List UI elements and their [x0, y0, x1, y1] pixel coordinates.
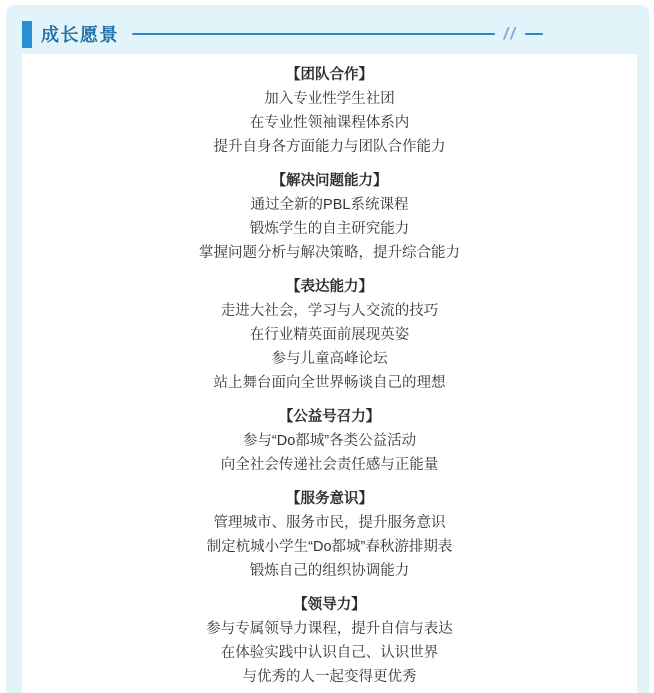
section-line: 掌握问题分析与解决策略，提升综合能力 — [22, 241, 637, 265]
section-line: 制定杭城小学生“Do都城”春秋游排期表 — [22, 535, 637, 559]
section-line: 在行业精英面前展现英姿 — [22, 323, 637, 347]
vision-section-expression: 【表达能力】 走进大社会，学习与人交流的技巧 在行业精英面前展现英姿 参与儿童高… — [22, 275, 637, 395]
section-line: 管理城市、服务市民，提升服务意识 — [22, 511, 637, 535]
section-line: 锻炼自己的组织协调能力 — [22, 559, 637, 583]
section-line: 提升自身各方面能力与团队合作能力 — [22, 135, 637, 159]
content-card: 【团队合作】 加入专业性学生社团 在专业性领袖课程体系内 提升自身各方面能力与团… — [22, 54, 637, 693]
section-line: 通过全新的PBL系统课程 — [22, 193, 637, 217]
section-line: 参与儿童高峰论坛 — [22, 347, 637, 371]
section-line: 走进大社会，学习与人交流的技巧 — [22, 299, 637, 323]
header-divider-line-short — [525, 33, 543, 35]
double-slash-icon: // — [504, 25, 517, 42]
section-heading: 【表达能力】 — [22, 275, 637, 299]
vision-section-problem-solving: 【解决问题能力】 通过全新的PBL系统课程 锻炼学生的自主研究能力 掌握问题分析… — [22, 169, 637, 265]
light-blue-panel: 成长愿景 // 【团队合作】 加入专业性学生社团 在专业性领袖课程体系内 提升自… — [6, 5, 649, 693]
section-heading: 【服务意识】 — [22, 487, 637, 511]
section-line: 锻炼学生的自主研究能力 — [22, 217, 637, 241]
section-line: 向全社会传递社会责任感与正能量 — [22, 453, 637, 477]
section-line: 站上舞台面向全世界畅谈自己的理想 — [22, 371, 637, 395]
section-line: 加入专业性学生社团 — [22, 87, 637, 111]
section-line: 参与“Do都城”各类公益活动 — [22, 429, 637, 453]
section-heading: 【公益号召力】 — [22, 405, 637, 429]
vision-section-public-welfare: 【公益号召力】 参与“Do都城”各类公益活动 向全社会传递社会责任感与正能量 — [22, 405, 637, 477]
section-heading: 【领导力】 — [22, 593, 637, 617]
title-accent-bar-icon — [22, 21, 32, 48]
section-line: 与优秀的人一起变得更优秀 — [22, 665, 637, 689]
section-line: 参与专属领导力课程，提升自信与表达 — [22, 617, 637, 641]
section-heading: 【解决问题能力】 — [22, 169, 637, 193]
section-line: 在体验实践中认识自己、认识世界 — [22, 641, 637, 665]
page: 成长愿景 // 【团队合作】 加入专业性学生社团 在专业性领袖课程体系内 提升自… — [0, 0, 654, 693]
vision-section-service: 【服务意识】 管理城市、服务市民，提升服务意识 制定杭城小学生“Do都城”春秋游… — [22, 487, 637, 583]
section-line: 在专业性领袖课程体系内 — [22, 111, 637, 135]
section-header: 成长愿景 // — [22, 19, 543, 49]
vision-section-teamwork: 【团队合作】 加入专业性学生社团 在专业性领袖课程体系内 提升自身各方面能力与团… — [22, 63, 637, 159]
header-divider-line — [132, 33, 495, 35]
vision-section-leadership: 【领导力】 参与专属领导力课程，提升自信与表达 在体验实践中认识自己、认识世界 … — [22, 593, 637, 689]
page-title: 成长愿景 — [41, 21, 119, 47]
section-heading: 【团队合作】 — [22, 63, 637, 87]
